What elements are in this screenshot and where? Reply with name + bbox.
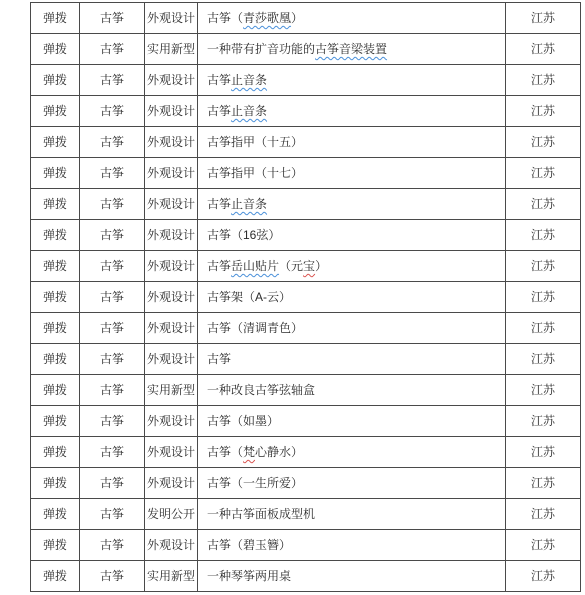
table-row: 弹拨古筝外观设计古筝岳山贴片（元宝）江苏 (31, 251, 581, 282)
province-cell: 江苏 (506, 499, 581, 530)
spellcheck-underlined-text: 止音条 (231, 73, 267, 87)
patent-table: 弹拨古筝外观设计古筝（青莎歌凰）江苏弹拨古筝实用新型一种带有扩音功能的古筝音梁装… (30, 2, 581, 592)
patent-title-cell: 古筝止音条 (198, 65, 506, 96)
instrument-cell: 古筝 (80, 34, 145, 65)
patent-title-cell: 古筝（一生所爱） (198, 468, 506, 499)
patent-title-cell: 古筝止音条 (198, 96, 506, 127)
title-text: ） (315, 259, 327, 273)
province-cell: 江苏 (506, 375, 581, 406)
patent-title-cell: 一种古筝面板成型机 (198, 499, 506, 530)
title-text: 古筝（一生所爱） (207, 476, 303, 490)
province-cell: 江苏 (506, 96, 581, 127)
province-cell: 江苏 (506, 437, 581, 468)
category-cell: 弹拨 (31, 65, 80, 96)
title-text: 一种改良古筝弦轴盒 (207, 383, 315, 397)
table-row: 弹拨古筝外观设计古筝（青莎歌凰）江苏 (31, 3, 581, 34)
table-row: 弹拨古筝外观设计古筝（清调青色）江苏 (31, 313, 581, 344)
province-cell: 江苏 (506, 468, 581, 499)
spellcheck-underlined-text: 梵 (243, 445, 255, 459)
table-row: 弹拨古筝外观设计古筝指甲（十七）江苏 (31, 158, 581, 189)
province-cell: 江苏 (506, 251, 581, 282)
patent-table-body: 弹拨古筝外观设计古筝（青莎歌凰）江苏弹拨古筝实用新型一种带有扩音功能的古筝音梁装… (31, 3, 581, 592)
title-text: 古筝 (207, 352, 231, 366)
category-cell: 弹拨 (31, 251, 80, 282)
category-cell: 弹拨 (31, 313, 80, 344)
instrument-cell: 古筝 (80, 65, 145, 96)
table-row: 弹拨古筝外观设计古筝（梵心静水）江苏 (31, 437, 581, 468)
patent-type-cell: 外观设计 (145, 189, 198, 220)
category-cell: 弹拨 (31, 375, 80, 406)
table-row: 弹拨古筝外观设计古筝江苏 (31, 344, 581, 375)
spellcheck-underlined-text: 古筝音梁装置 (315, 42, 387, 56)
table-row: 弹拨古筝外观设计古筝止音条江苏 (31, 65, 581, 96)
province-cell: 江苏 (506, 158, 581, 189)
instrument-cell: 古筝 (80, 189, 145, 220)
patent-type-cell: 外观设计 (145, 220, 198, 251)
category-cell: 弹拨 (31, 96, 80, 127)
patent-type-cell: 实用新型 (145, 375, 198, 406)
title-text: （元 (279, 259, 303, 273)
patent-title-cell: 古筝（清调青色） (198, 313, 506, 344)
title-text: 古筝 (207, 73, 231, 87)
table-row: 弹拨古筝外观设计古筝架（A-云）江苏 (31, 282, 581, 313)
title-text: 古筝指甲（十七） (207, 166, 303, 180)
patent-title-cell: 古筝止音条 (198, 189, 506, 220)
spellcheck-underlined-text: 宝 (303, 259, 315, 273)
patent-title-cell: 古筝（如墨） (198, 406, 506, 437)
category-cell: 弹拨 (31, 561, 80, 592)
title-text: 古筝 (207, 259, 231, 273)
patent-type-cell: 外观设计 (145, 313, 198, 344)
province-cell: 江苏 (506, 220, 581, 251)
patent-title-cell: 古筝（梵心静水） (198, 437, 506, 468)
patent-type-cell: 实用新型 (145, 561, 198, 592)
title-text: 一种古筝面板成型机 (207, 507, 315, 521)
table-row: 弹拨古筝实用新型一种带有扩音功能的古筝音梁装置江苏 (31, 34, 581, 65)
patent-type-cell: 外观设计 (145, 3, 198, 34)
title-text: 古筝（碧玉簪） (207, 538, 291, 552)
patent-title-cell: 古筝岳山贴片（元宝） (198, 251, 506, 282)
title-text: 古筝（如墨） (207, 414, 279, 428)
table-row: 弹拨古筝发明公开一种古筝面板成型机江苏 (31, 499, 581, 530)
patent-type-cell: 外观设计 (145, 127, 198, 158)
instrument-cell: 古筝 (80, 282, 145, 313)
title-text: 一种琴筝两用桌 (207, 569, 291, 583)
category-cell: 弹拨 (31, 34, 80, 65)
patent-type-cell: 外观设计 (145, 96, 198, 127)
instrument-cell: 古筝 (80, 499, 145, 530)
table-row: 弹拨古筝外观设计古筝（16弦）江苏 (31, 220, 581, 251)
title-text: 古筝 (207, 197, 231, 211)
category-cell: 弹拨 (31, 127, 80, 158)
category-cell: 弹拨 (31, 437, 80, 468)
province-cell: 江苏 (506, 313, 581, 344)
patent-title-cell: 古筝 (198, 344, 506, 375)
patent-title-cell: 一种带有扩音功能的古筝音梁装置 (198, 34, 506, 65)
patent-type-cell: 外观设计 (145, 158, 198, 189)
patent-title-cell: 一种改良古筝弦轴盒 (198, 375, 506, 406)
province-cell: 江苏 (506, 406, 581, 437)
category-cell: 弹拨 (31, 158, 80, 189)
instrument-cell: 古筝 (80, 561, 145, 592)
category-cell: 弹拨 (31, 344, 80, 375)
category-cell: 弹拨 (31, 499, 80, 530)
instrument-cell: 古筝 (80, 344, 145, 375)
patent-type-cell: 实用新型 (145, 34, 198, 65)
instrument-cell: 古筝 (80, 530, 145, 561)
province-cell: 江苏 (506, 189, 581, 220)
table-row: 弹拨古筝外观设计古筝止音条江苏 (31, 96, 581, 127)
patent-type-cell: 外观设计 (145, 282, 198, 313)
table-row: 弹拨古筝外观设计古筝（碧玉簪）江苏 (31, 530, 581, 561)
province-cell: 江苏 (506, 561, 581, 592)
patent-type-cell: 外观设计 (145, 468, 198, 499)
table-row: 弹拨古筝外观设计古筝止音条江苏 (31, 189, 581, 220)
patent-title-cell: 古筝指甲（十五） (198, 127, 506, 158)
instrument-cell: 古筝 (80, 375, 145, 406)
patent-title-cell: 古筝架（A-云） (198, 282, 506, 313)
category-cell: 弹拨 (31, 189, 80, 220)
patent-type-cell: 发明公开 (145, 499, 198, 530)
province-cell: 江苏 (506, 65, 581, 96)
spellcheck-underlined-text: 止音条 (231, 197, 267, 211)
instrument-cell: 古筝 (80, 468, 145, 499)
title-text: 古筝指甲（十五） (207, 135, 303, 149)
table-row: 弹拨古筝外观设计古筝（一生所爱）江苏 (31, 468, 581, 499)
instrument-cell: 古筝 (80, 437, 145, 468)
patent-type-cell: 外观设计 (145, 65, 198, 96)
title-text: 古筝（清调青色） (207, 321, 303, 335)
patent-type-cell: 外观设计 (145, 530, 198, 561)
patent-type-cell: 外观设计 (145, 251, 198, 282)
province-cell: 江苏 (506, 127, 581, 158)
patent-type-cell: 外观设计 (145, 437, 198, 468)
instrument-cell: 古筝 (80, 251, 145, 282)
category-cell: 弹拨 (31, 3, 80, 34)
province-cell: 江苏 (506, 530, 581, 561)
province-cell: 江苏 (506, 3, 581, 34)
table-row: 弹拨古筝外观设计古筝（如墨）江苏 (31, 406, 581, 437)
title-text: 一种带有扩音功能的 (207, 42, 315, 56)
instrument-cell: 古筝 (80, 313, 145, 344)
category-cell: 弹拨 (31, 468, 80, 499)
spellcheck-underlined-text: 岳山贴片 (231, 259, 279, 273)
patent-title-cell: 古筝（青莎歌凰） (198, 3, 506, 34)
spellcheck-underlined-text: 止音条 (231, 104, 267, 118)
title-text: ） (291, 11, 303, 25)
category-cell: 弹拨 (31, 406, 80, 437)
title-text: 古筝 (207, 104, 231, 118)
category-cell: 弹拨 (31, 282, 80, 313)
table-row: 弹拨古筝实用新型一种改良古筝弦轴盒江苏 (31, 375, 581, 406)
province-cell: 江苏 (506, 34, 581, 65)
instrument-cell: 古筝 (80, 158, 145, 189)
title-text: 古筝（ (207, 11, 243, 25)
table-row: 弹拨古筝实用新型一种琴筝两用桌江苏 (31, 561, 581, 592)
patent-title-cell: 古筝指甲（十七） (198, 158, 506, 189)
patent-type-cell: 外观设计 (145, 406, 198, 437)
title-text: 古筝（16弦） (207, 228, 280, 242)
patent-title-cell: 古筝（16弦） (198, 220, 506, 251)
instrument-cell: 古筝 (80, 96, 145, 127)
table-row: 弹拨古筝外观设计古筝指甲（十五）江苏 (31, 127, 581, 158)
patent-title-cell: 古筝（碧玉簪） (198, 530, 506, 561)
category-cell: 弹拨 (31, 220, 80, 251)
spellcheck-underlined-text: 青莎歌凰 (243, 11, 291, 25)
patent-type-cell: 外观设计 (145, 344, 198, 375)
title-text: 古筝架（A-云） (207, 290, 291, 304)
instrument-cell: 古筝 (80, 220, 145, 251)
province-cell: 江苏 (506, 344, 581, 375)
patent-title-cell: 一种琴筝两用桌 (198, 561, 506, 592)
title-text: 古筝（ (207, 445, 243, 459)
province-cell: 江苏 (506, 282, 581, 313)
category-cell: 弹拨 (31, 530, 80, 561)
instrument-cell: 古筝 (80, 3, 145, 34)
instrument-cell: 古筝 (80, 127, 145, 158)
title-text: 心静水） (255, 445, 303, 459)
instrument-cell: 古筝 (80, 406, 145, 437)
